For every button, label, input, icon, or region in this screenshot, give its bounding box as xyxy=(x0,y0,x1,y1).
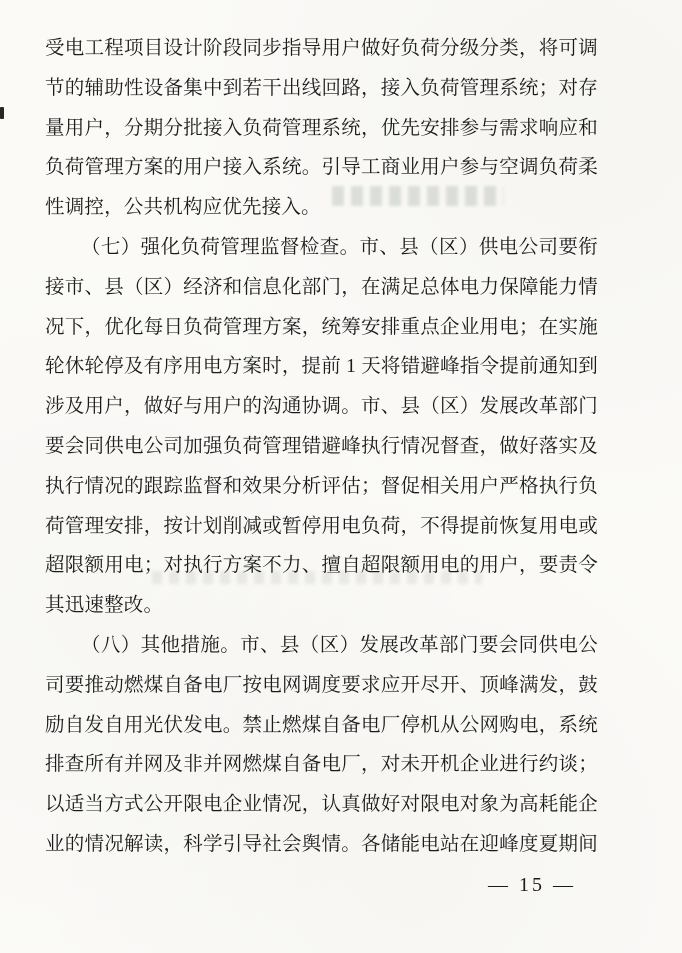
text-line: 轮休轮停及有序用电方案时，提前 1 天将错避峰指令提前通知到 xyxy=(45,347,598,387)
text-line: 以适当方式公开限电企业情况，认真做好对限电对象为高耗能企 xyxy=(45,785,598,825)
text-line: 业的情况解读，科学引导社会舆情。各储能电站在迎峰度夏期间 xyxy=(45,825,598,865)
text-line: 排查所有并网及非并网燃煤自备电厂，对未开机企业进行约谈； xyxy=(45,745,598,785)
scanned-document-page: 受电工程项目设计阶段同步指导用户做好负荷分级分类，将可调节的辅助性设备集中到若干… xyxy=(0,0,682,953)
text-line: 况下，优化每日负荷管理方案，统筹安排重点企业用电；在实施 xyxy=(45,308,598,348)
text-line: （七）强化负荷管理监督检查。市、县（区）供电公司要衔 xyxy=(45,228,598,268)
text-line: 受电工程项目设计阶段同步指导用户做好负荷分级分类，将可调 xyxy=(45,29,598,69)
text-line: 执行情况的跟踪监督和效果分析评估；督促相关用户严格执行负 xyxy=(45,467,598,507)
text-line: 负荷管理方案的用户接入系统。引导工商业用户参与空调负荷柔 xyxy=(45,148,598,188)
text-line: 其迅速整改。 xyxy=(45,586,598,626)
text-line: 涉及用户，做好与用户的沟通协调。市、县（区）发展改革部门 xyxy=(45,387,598,427)
text-line: 量用户，分期分批接入负荷管理系统，优先安排参与需求响应和 xyxy=(45,109,598,149)
text-line: 超限额用电；对执行方案不力、擅自超限额用电的用户，要责令 xyxy=(45,546,598,586)
text-line: 励自发自用光伏发电。禁止燃煤自备电厂停机从公网购电，系统 xyxy=(45,706,598,746)
text-line: 司要推动燃煤自备电厂按电网调度要求应开尽开、顶峰满发，鼓 xyxy=(45,666,598,706)
text-line: （八）其他措施。市、县（区）发展改革部门要会同供电公 xyxy=(45,626,598,666)
page-number: — 15 — xyxy=(488,874,576,897)
text-line: 接市、县（区）经济和信息化部门，在满足总体电力保障能力情 xyxy=(45,268,598,308)
document-body: 受电工程项目设计阶段同步指导用户做好负荷分级分类，将可调节的辅助性设备集中到若干… xyxy=(45,29,598,865)
text-line: 节的辅助性设备集中到若干出线回路，接入负荷管理系统；对存 xyxy=(45,69,598,109)
text-line: 荷管理安排，按计划削减或暂停用电负荷，不得提前恢复用电或 xyxy=(45,507,598,547)
text-line: 要会同供电公司加强负荷管理错避峰执行情况督查，做好落实及 xyxy=(45,427,598,467)
scan-edge-speck xyxy=(0,107,4,119)
text-line: 性调控，公共机构应优先接入。 xyxy=(45,188,598,228)
